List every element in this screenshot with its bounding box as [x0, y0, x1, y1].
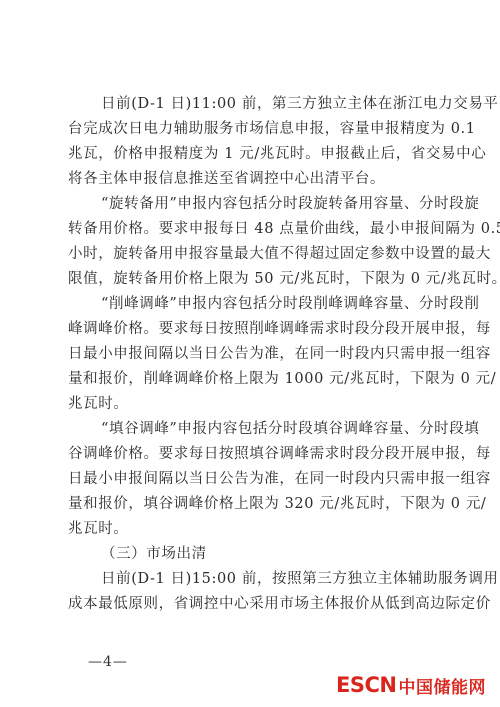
- text-line: 成本最低原则，省调控中心采用市场主体报价从低到高边际定价: [68, 595, 458, 613]
- text-line: “旋转备用”申报内容包括分时段旋转备用容量、分时段旋: [101, 195, 458, 213]
- text-line: 量和报价，填谷调峰价格上限为 320 元/兆瓦时，下限为 0 元/: [68, 495, 458, 513]
- watermark-latin: ESCN: [336, 673, 396, 697]
- text-line: “削峰调峰”申报内容包括分时段削峰调峰容量、分时段削: [101, 295, 458, 313]
- text-line: 将各主体申报信息推送至省调控中心出清平台。: [68, 170, 458, 188]
- watermark-logo: ESCN 中国储能网: [336, 673, 486, 697]
- text-line: 兆瓦，价格申报精度为 1 元/兆瓦时。申报截止后，省交易中心: [68, 145, 458, 163]
- text-line: 转备用价格。要求申报每日 48 点量价曲线，最小申报间隔为 0.5: [68, 220, 458, 238]
- text-line: “填谷调峰”申报内容包括分时段填谷调峰容量、分时段填: [101, 420, 458, 438]
- section-heading: （三）市场出清: [101, 545, 458, 563]
- text-line: 日最小申报间隔以当日公告为准，在同一时段内只需申报一组容: [68, 470, 458, 488]
- text-line: 峰调峰价格。要求每日按照削峰调峰需求时段分段开展申报，每: [68, 320, 458, 338]
- page-number: —4—: [88, 654, 128, 670]
- watermark-chinese: 中国储能网: [398, 673, 486, 698]
- text-line: 日前(D-1 日)15:00 前，按照第三方独立主体辅助服务调用: [101, 570, 458, 588]
- text-line: 量和报价，削峰调峰价格上限为 1000 元/兆瓦时，下限为 0 元/: [68, 370, 458, 388]
- text-line: 台完成次日电力辅助服务市场信息申报，容量申报精度为 0.1: [68, 120, 458, 138]
- text-line: 兆瓦时。: [68, 395, 458, 413]
- text-line: 兆瓦时。: [68, 520, 458, 538]
- text-line: 谷调峰价格。要求每日按照填谷调峰需求时段分段开展申报，每: [68, 445, 458, 463]
- text-line: 日前(D-1 日)11:00 前，第三方独立主体在浙江电力交易平: [101, 95, 458, 113]
- text-line: 小时，旋转备用申报容量最大值不得超过固定参数中设置的最大: [68, 245, 458, 263]
- text-line: 限值，旋转备用价格上限为 50 元/兆瓦时，下限为 0 元/兆瓦时。: [68, 270, 458, 288]
- text-line: 日最小申报间隔以当日公告为准，在同一时段内只需申报一组容: [68, 345, 458, 363]
- document-page: 日前(D-1 日)11:00 前，第三方独立主体在浙江电力交易平 台完成次日电力…: [0, 0, 500, 707]
